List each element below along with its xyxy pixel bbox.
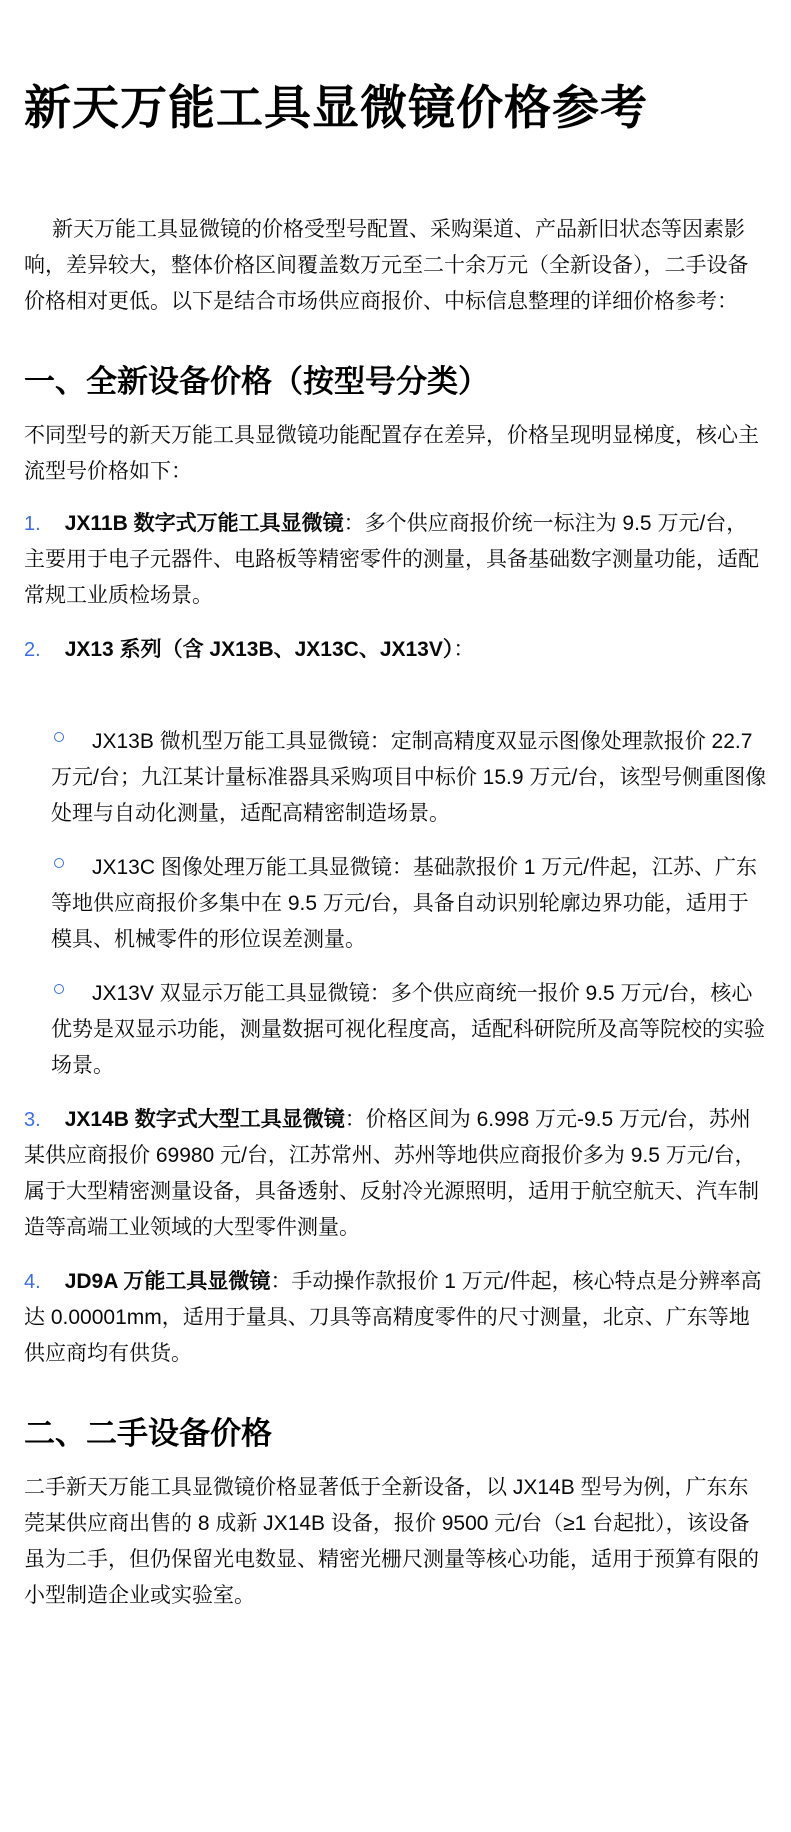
sub-item-jx13v: JX13V 双显示万能工具显微镜：多个供应商统一报价 9.5 万元/台，核心优势… [51,976,767,1084]
circle-bullet-icon [54,858,64,868]
list-item-jx11b: 1.JX11B 数字式万能工具显微镜：多个供应商报价统一标注为 9.5 万元/台… [24,506,767,614]
sub-item-text-jx13v: JX13V 双显示万能工具显微镜：多个供应商统一报价 9.5 万元/台，核心优势… [51,982,765,1077]
sub-item-text-jx13b: JX13B 微机型万能工具显微镜：定制高精度双显示图像处理款报价 22.7 万元… [51,730,766,825]
sub-item-jx13b: JX13B 微机型万能工具显微镜：定制高精度双显示图像处理款报价 22.7 万元… [51,724,767,832]
section-2-paragraph: 二手新天万能工具显微镜价格显著低于全新设备，以 JX14B 型号为例，广东东莞某… [24,1470,767,1614]
list-number: 4. [24,1271,41,1293]
sub-item-text-jx13c: JX13C 图像处理万能工具显微镜：基础款报价 1 万元/件起，江苏、广东等地供… [51,856,757,951]
sub-item-jx13c: JX13C 图像处理万能工具显微镜：基础款报价 1 万元/件起，江苏、广东等地供… [51,850,767,958]
item-text-jx13-series: ： [453,638,474,661]
list-item-jd9a: 4.JD9A 万能工具显微镜：手动操作款报价 1 万元/件起，核心特点是分辨率高… [24,1264,767,1372]
list-number: 3. [24,1109,41,1131]
model-name-jx13-series: JX13 系列（含 JX13B、JX13C、JX13V） [65,638,454,661]
section-1-lead: 不同型号的新天万能工具显微镜功能配置存在差异，价格呈现明显梯度，核心主流型号价格… [24,418,767,490]
model-price-list: 1.JX11B 数字式万能工具显微镜：多个供应商报价统一标注为 9.5 万元/台… [24,506,767,1372]
document-page: 新天万能工具显微镜价格参考 新天万能工具显微镜的价格受型号配置、采购渠道、产品新… [24,78,767,1614]
section-2-heading: 二、二手设备价格 [24,1412,767,1456]
circle-bullet-icon [54,732,64,742]
list-number: 1. [24,513,41,535]
circle-bullet-icon [54,984,64,994]
model-name-jx14b: JX14B 数字式大型工具显微镜 [65,1108,345,1131]
page-title: 新天万能工具显微镜价格参考 [24,78,767,138]
model-name-jd9a: JD9A 万能工具显微镜 [65,1270,271,1293]
intro-paragraph: 新天万能工具显微镜的价格受型号配置、采购渠道、产品新旧状态等因素影响，差异较大，… [24,212,767,320]
jx13-sublist: JX13B 微机型万能工具显微镜：定制高精度双显示图像处理款报价 22.7 万元… [51,724,767,1084]
section-1-heading: 一、全新设备价格（按型号分类） [24,360,767,404]
model-name-jx11b: JX11B 数字式万能工具显微镜 [65,512,344,535]
list-number: 2. [24,639,41,661]
list-item-jx13-series: 2.JX13 系列（含 JX13B、JX13C、JX13V）： [24,632,767,668]
list-item-jx14b: 3.JX14B 数字式大型工具显微镜：价格区间为 6.998 万元-9.5 万元… [24,1102,767,1246]
